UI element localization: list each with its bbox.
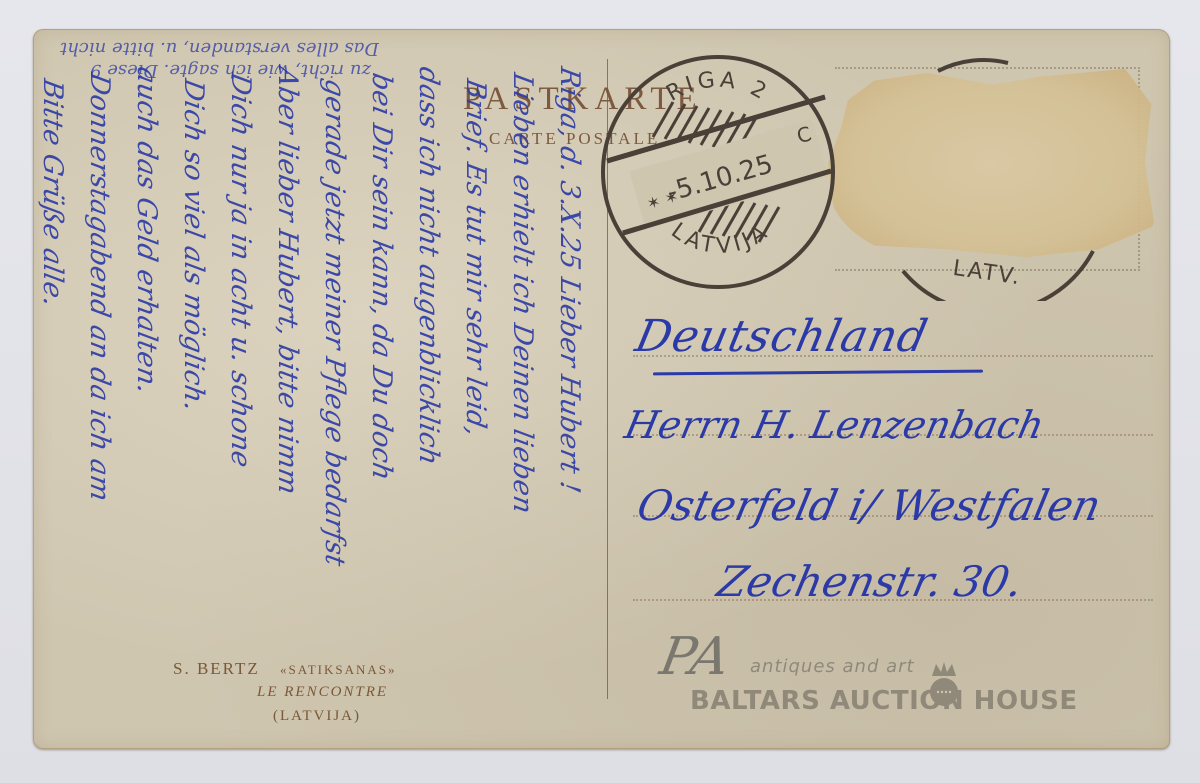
postcard: PASTKARTE CARTE POSTALE S. BERTZ «SATIKS… xyxy=(33,29,1170,749)
postmark-riga: RIGA 2 LATVIJA -5.10.25 C ✶ ✶ xyxy=(593,47,843,297)
crown-logo-icon xyxy=(926,660,962,710)
postmark-second: LATV. xyxy=(883,41,1123,301)
caption-title-latvian: «SATIKSANAS» xyxy=(280,662,396,677)
watermark-tagline: antiques and art xyxy=(750,656,915,677)
address-city: Osterfeld i/ Westfalen xyxy=(633,481,1105,530)
postmark-bottom-text: LATVIJA xyxy=(666,218,774,259)
caption-artist: S. BERTZ «SATIKSANAS» xyxy=(173,659,396,679)
caption-artist-name: S. BERTZ xyxy=(173,659,260,678)
postmark-top-text: RIGA 2 xyxy=(662,67,774,106)
address-street: Zechenstr. 30. xyxy=(713,557,1027,606)
pencil-mark: PA xyxy=(656,627,734,687)
address-recipient: Herrn H. Lenzenbach xyxy=(621,403,1048,447)
caption-country: (LATVIJA) xyxy=(273,708,361,725)
address-country: Deutschland xyxy=(631,311,933,362)
svg-text:LATVIJA: LATVIJA xyxy=(666,218,774,259)
watermark-name: BALTARS AUCTION HOUSE xyxy=(690,686,1078,716)
address-underline xyxy=(653,370,983,376)
watermark: antiques and art BALTARS AUCTION HOUSE xyxy=(690,686,1078,716)
caption-title-french: LE RENCONTRE xyxy=(257,684,388,701)
postmark-second-text: LATV. xyxy=(951,256,1023,290)
svg-text:RIGA 2: RIGA 2 xyxy=(662,67,774,106)
